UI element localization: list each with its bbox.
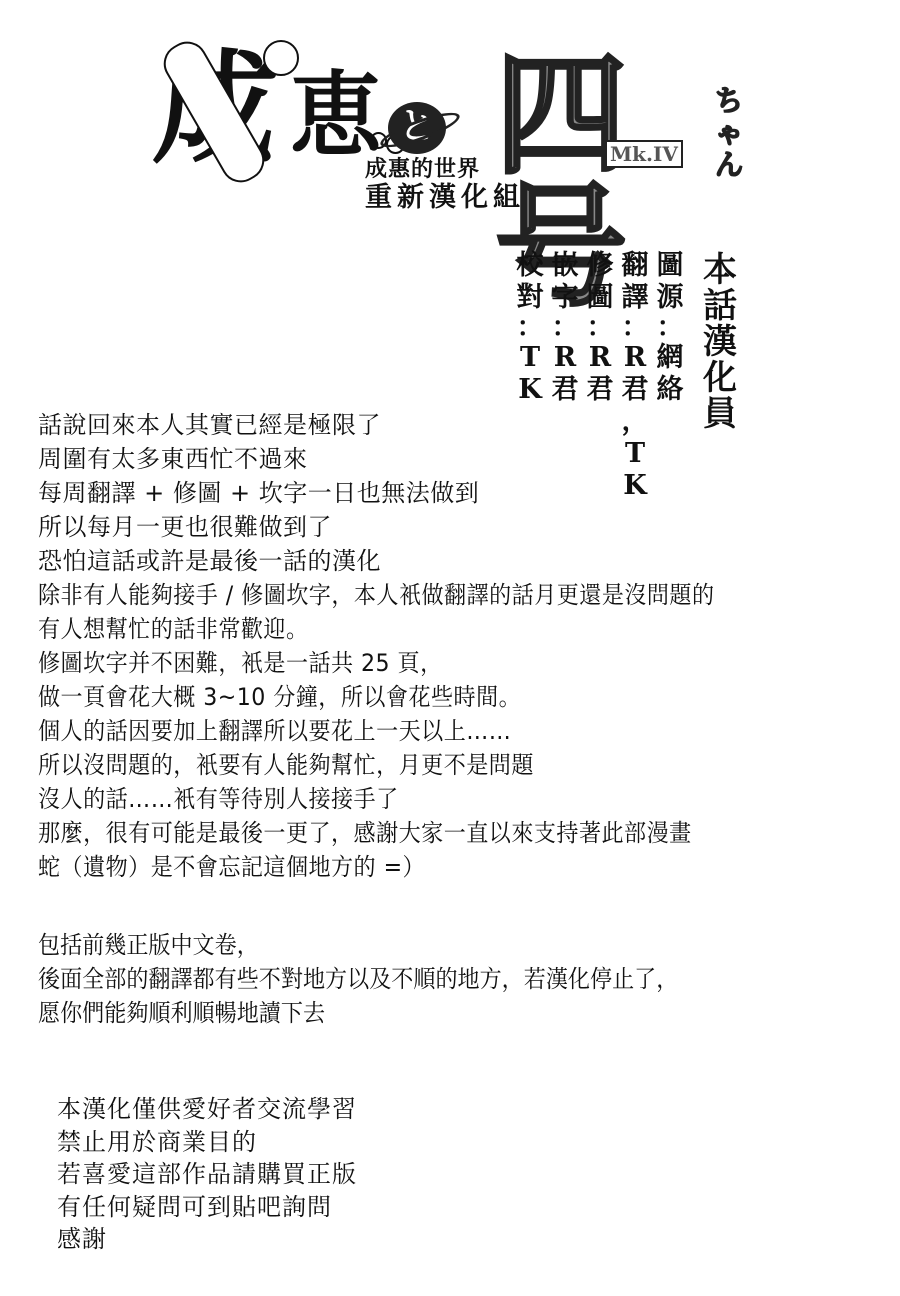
logo-suffix: ちゃん: [715, 85, 745, 181]
disclaimer-line: 感謝: [57, 1223, 457, 1256]
logo-connector: と: [399, 106, 435, 147]
legacy-line: 愿你們能夠順利順暢地讀下去: [38, 996, 820, 1030]
credit-role: 圖源: [655, 250, 685, 314]
credit-entry-proofreading: 校對 ： TK: [515, 250, 545, 406]
credit-colon: ：: [620, 314, 650, 342]
legacy-line: 包括前幾正版中文卷，: [38, 928, 820, 962]
credit-name: TK: [515, 342, 545, 406]
notes-line: 所以沒問題的，衹要有人能夠幫忙，月更不是問題: [38, 748, 820, 782]
planet-to-icon: と: [388, 102, 446, 154]
notes-line: 那麼，很有可能是最後一更了，感謝大家一直以來支持著此部漫畫: [38, 816, 820, 850]
notes-line: 個人的話因要加上翻譯所以要花上一天以上……: [38, 714, 820, 748]
logo-mk-badge: Mk.IV: [605, 140, 683, 168]
credit-role: 修圖: [585, 250, 615, 314]
disclaimer-line: 若喜愛這部作品請購買正版: [57, 1158, 457, 1191]
translator-notes: 話說回來本人其實已經是極限了 周圍有太多東西忙不過來 每周翻譯 + 修圖 + 坎…: [38, 408, 888, 884]
notes-line: 沒人的話……衹有等待別人接接手了: [38, 782, 820, 816]
legacy-line: 後面全部的翻譯都有些不對地方以及不順的地方，若漢化停止了，: [38, 962, 820, 996]
notes-line: 有人想幫忙的話非常歡迎。: [38, 612, 820, 646]
notes-line: 修圖坎字并不困難，衹是一話共 25 頁，: [38, 646, 820, 680]
disclaimer-line: 有任何疑問可到貼吧詢問: [57, 1191, 457, 1224]
credit-colon: ：: [515, 314, 545, 342]
legacy-translation-note: 包括前幾正版中文卷， 後面全部的翻譯都有些不對地方以及不順的地方，若漢化停止了，…: [38, 928, 888, 1030]
credit-role: 翻譯: [620, 250, 650, 314]
credit-name: 網絡: [655, 342, 685, 406]
disclaimer-line: 本漢化僅供愛好者交流學習: [57, 1093, 457, 1126]
credit-entry-typesetting: 嵌字 ： R君: [550, 250, 580, 406]
notes-line: 所以每月一更也很難做到了: [38, 510, 888, 544]
credits-heading: 本話漢化員: [700, 252, 740, 432]
scanlation-logo: 成 恵 と 成惠的世界 重新漢化組 四号 Mk.IV ちゃん: [150, 30, 750, 210]
credit-role: 校對: [515, 250, 545, 314]
notes-line: 除非有人能夠接手 / 修圖坎字，本人衹做翻譯的話月更還是沒問題的: [38, 578, 820, 612]
logo-title-char-2: 恵: [290, 70, 382, 162]
disclaimer-line: 禁止用於商業目的: [57, 1126, 457, 1159]
credit-colon: ：: [585, 314, 615, 342]
credit-colon: ：: [655, 314, 685, 342]
scanlation-disclaimer: 本漢化僅供愛好者交流學習 禁止用於商業目的 若喜愛這部作品請購買正版 有任何疑問…: [57, 1093, 457, 1256]
credit-entry-cleaning: 修圖 ： R君: [585, 250, 615, 406]
credit-colon: ：: [550, 314, 580, 342]
notes-line: 蛇（遺物）是不會忘記這個地方的 =）: [38, 850, 820, 884]
notes-line: 每周翻譯 + 修圖 + 坎字一日也無法做到: [38, 476, 888, 510]
notes-line: 周圍有太多東西忙不過來: [38, 442, 888, 476]
credit-name: R君: [585, 342, 615, 406]
credit-name: R君: [550, 342, 580, 406]
credit-entry-source: 圖源 ： 網絡: [655, 250, 685, 406]
notes-line: 恐怕這話或許是最後一話的漢化: [38, 544, 888, 578]
notes-line: 話說回來本人其實已經是極限了: [38, 408, 888, 442]
notes-line: 做一頁會花大概 3~10 分鐘，所以會花些時間。: [38, 680, 820, 714]
credit-role: 嵌字: [550, 250, 580, 314]
